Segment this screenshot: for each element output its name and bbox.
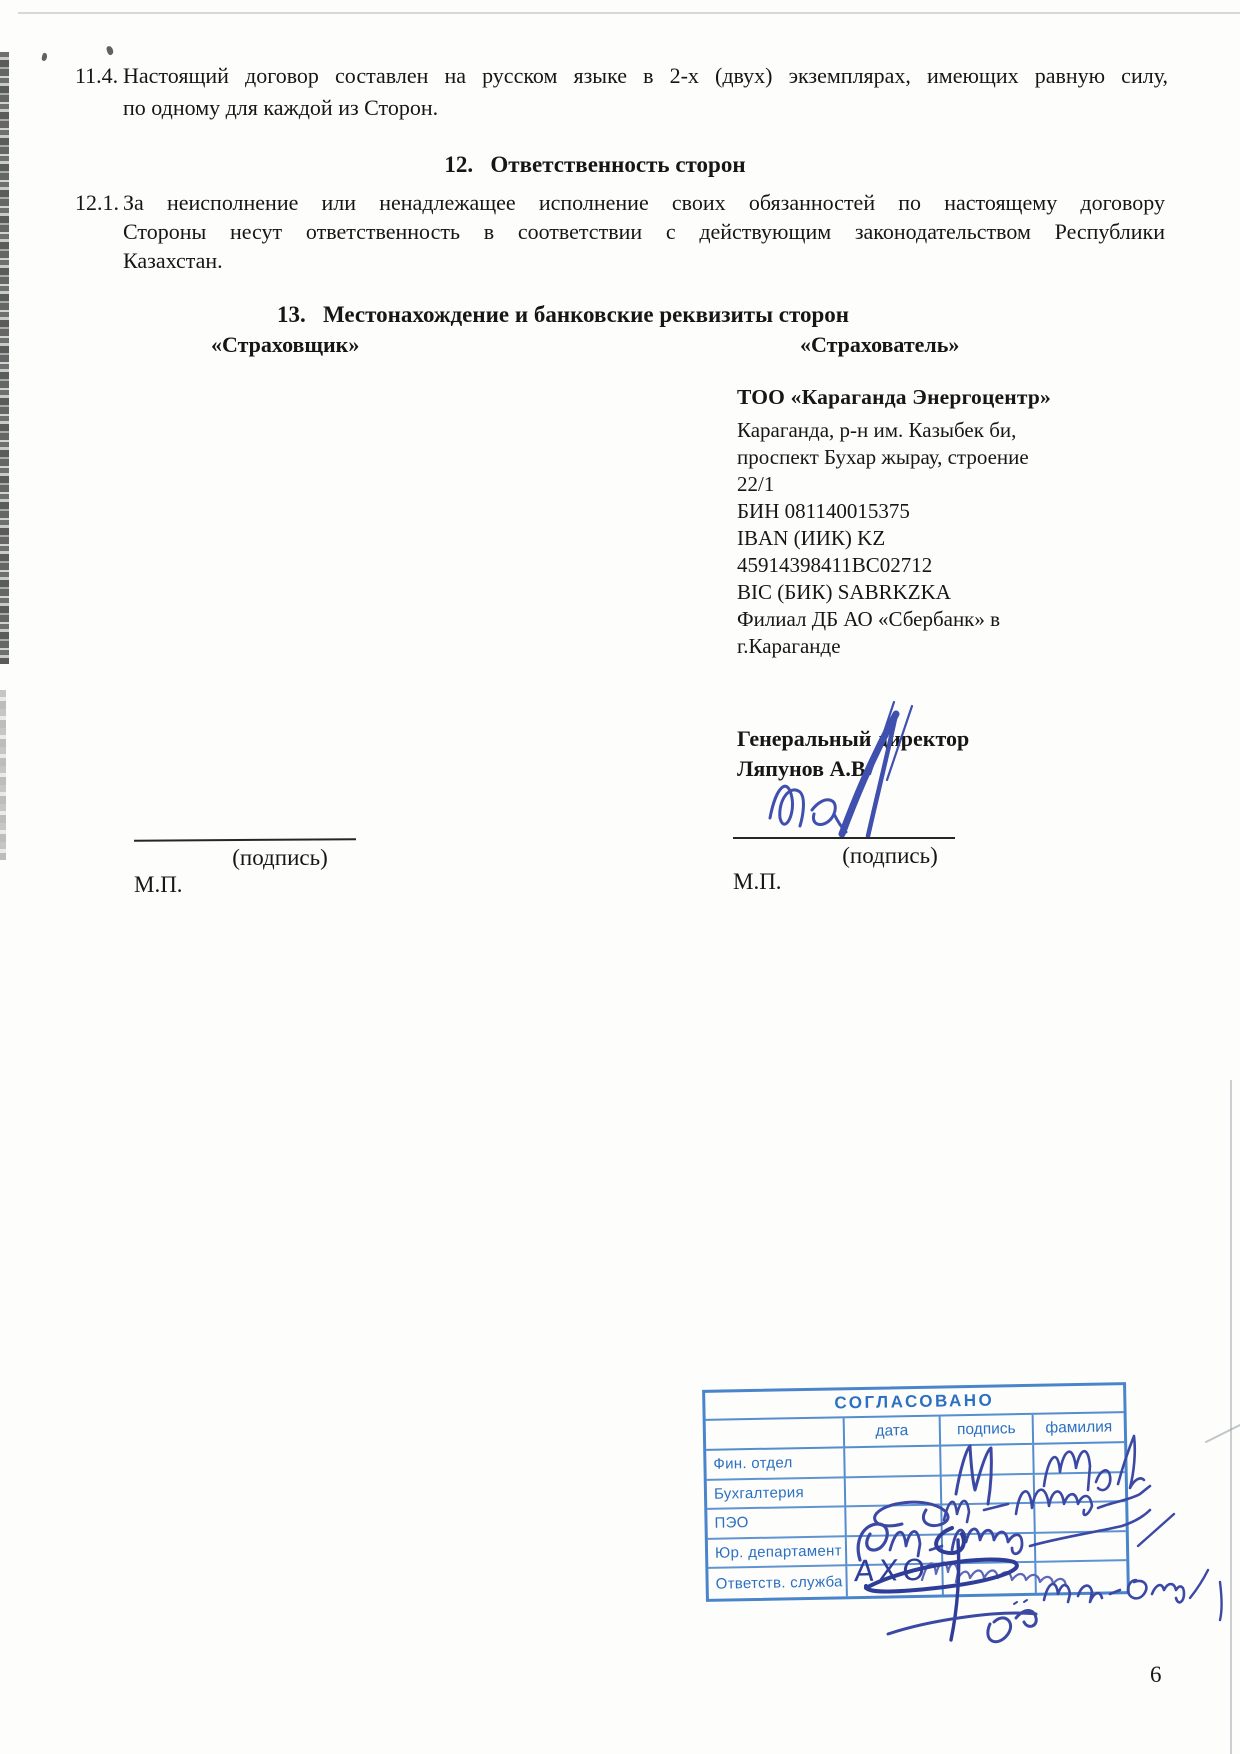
clause-line: Стороны несут ответственность в соответс… <box>123 217 1165 246</box>
scan-top-edge-line <box>18 12 1240 14</box>
signature-below-stamp <box>888 1613 1036 1634</box>
section-13-heading: 13. Местонахождение и банковские реквизи… <box>0 302 1126 328</box>
insured-signature-caption: (подпись) <box>790 843 990 869</box>
iban-label: IBAN (ИИК) KZ <box>737 525 1097 552</box>
ink-speck <box>41 53 48 62</box>
clause-line: За неисполнение или ненадлежащее исполне… <box>123 188 1165 217</box>
signature-peo <box>858 1524 887 1560</box>
signature-buhgalteria <box>875 1502 948 1526</box>
insured-seal-mark: М.П. <box>733 869 782 895</box>
stamp-row-otvetstv-sluzhba: Ответств. служба <box>708 1567 846 1599</box>
company-name: ТОО «Караганда Энергоцентр» <box>737 384 1097 411</box>
insurer-signature-line <box>134 838 356 842</box>
bank-name-line: г.Караганде <box>737 633 1097 660</box>
clause-text: Настоящий договор составлен на русском я… <box>123 60 1168 124</box>
clause-12-1: 12.1. За неисполнение или ненадлежащее и… <box>75 188 1165 275</box>
clause-text: За неисполнение или ненадлежащее исполне… <box>123 188 1165 275</box>
stamp-row-yur-departament: Юр. департамент <box>708 1537 846 1569</box>
section-12-heading: 12. Ответственность сторон <box>0 152 1190 178</box>
insured-signature-line <box>733 837 955 839</box>
scan-binding-edge-lower <box>0 690 6 860</box>
clause-11-4: 11.4. Настоящий договор составлен на рус… <box>75 60 1168 124</box>
stamp-col-empty <box>706 1418 844 1451</box>
clause-line: Казахстан. <box>123 246 1165 275</box>
address-line: проспект Бухар жырау, строение <box>737 444 1097 471</box>
insured-requisites: ТОО «Караганда Энергоцентр» Караганда, р… <box>737 384 1097 660</box>
insurer-seal-mark: М.П. <box>134 872 183 898</box>
iban-number: 45914398411BC02712 <box>737 552 1097 579</box>
director-signature <box>756 686 966 856</box>
bic-code: BIC (БИК) SABRKZKA <box>737 579 1097 606</box>
insurer-signature-caption: (подпись) <box>180 845 380 871</box>
pencil-stroke <box>1206 1424 1240 1442</box>
signature-surname-khalil-ogly <box>1044 1584 1070 1602</box>
bin-number: БИН 081140015375 <box>737 498 1097 525</box>
signature-otvetstv-sluzhba <box>866 1560 1017 1592</box>
clause-line: по одному для каждой из Сторон. <box>123 92 1168 124</box>
stamp-signatures <box>838 1422 1240 1662</box>
clause-number: 11.4. <box>75 60 123 124</box>
stamp-row-fin-otdel: Фин. отдел <box>706 1448 844 1480</box>
stamp-row-buhgalteria: Бухгалтерия <box>707 1478 845 1510</box>
signature-fin-otdel <box>956 1446 991 1504</box>
address-line: 22/1 <box>737 471 1097 498</box>
ink-speck <box>106 45 114 55</box>
scan-binding-edge <box>0 52 9 664</box>
bank-name-line: Филиал ДБ АО «Сбербанк» в <box>737 606 1097 633</box>
clause-number: 12.1. <box>75 188 123 275</box>
document-page: 11.4. Настоящий договор составлен на рус… <box>0 0 1240 1754</box>
insured-label: «Страхователь» <box>800 332 959 358</box>
insurer-label: «Страховщик» <box>211 332 359 358</box>
clause-line: Настоящий договор составлен на русском я… <box>123 60 1168 92</box>
page-number: 6 <box>1150 1662 1162 1688</box>
stamp-row-peo: ПЭО <box>707 1508 845 1540</box>
address-line: Караганда, р-н им. Казыбек би, <box>737 417 1097 444</box>
